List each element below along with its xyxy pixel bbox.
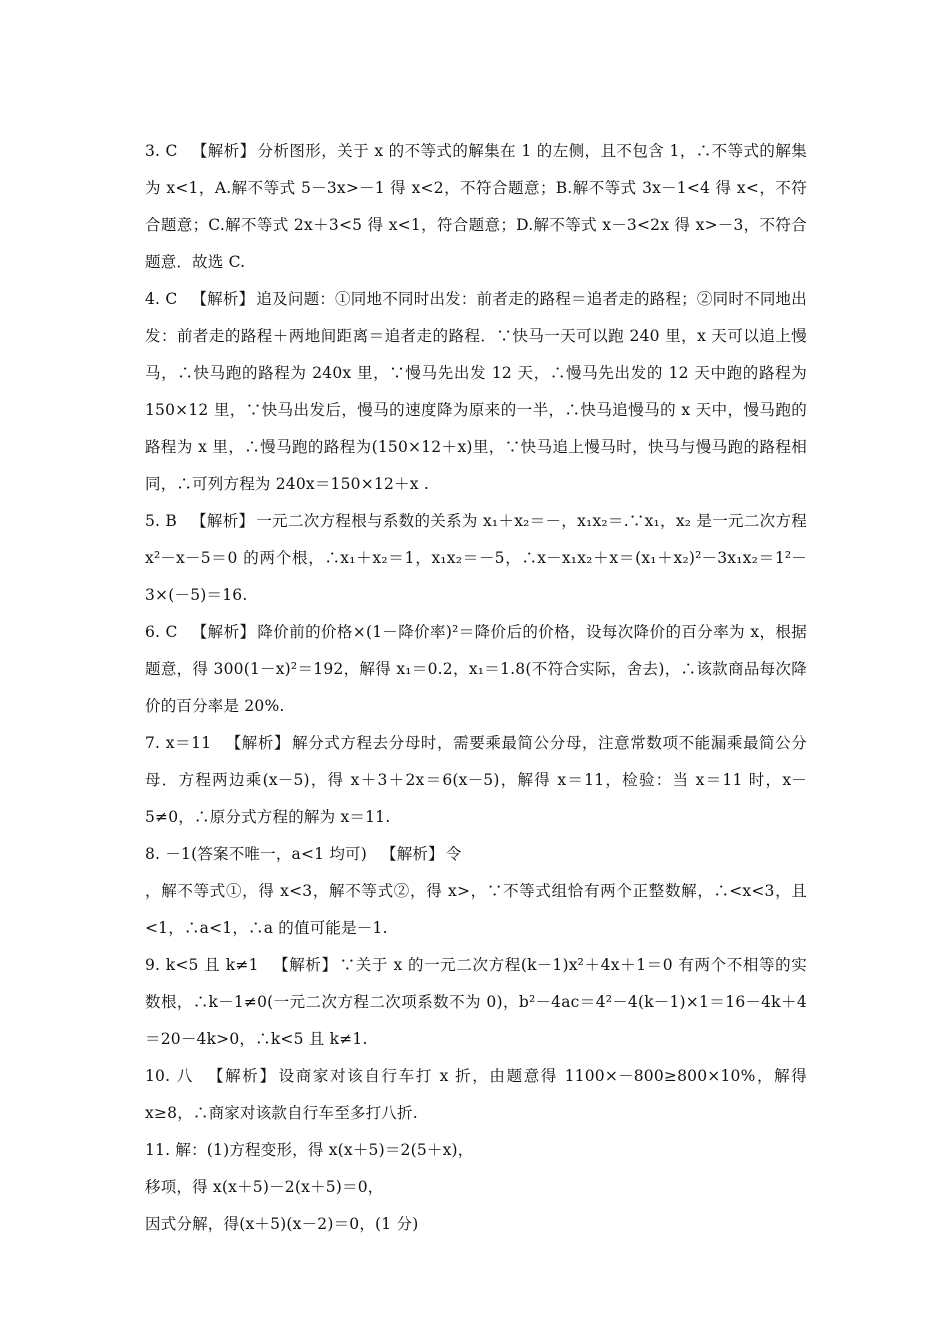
analysis-text: 追及问题：①同地不同时出发：前者走的路程＝追者走的路程；②同时不同地出发：前者走… xyxy=(145,290,807,493)
analysis-text-continuation: ，解不等式①，得 x<3，解不等式②，得 x>，∵不等式组恰有两个正整数解，∴<… xyxy=(145,882,807,937)
analysis-tag: 【解析】 xyxy=(225,734,290,752)
answer-number: 6. C xyxy=(145,623,178,641)
answer-number: 5. B xyxy=(145,512,177,530)
solution-11-line-1: 11. 解：(1)方程变形，得 x(x＋5)＝2(5＋x)， xyxy=(145,1132,807,1169)
solution-line: 移项，得 x(x＋5)－2(x＋5)＝0， xyxy=(145,1178,384,1196)
analysis-tag: 【解析】 xyxy=(191,512,254,530)
answer-number: 9. k<5 且 k≠1 xyxy=(145,956,259,974)
answer-item-9: 9. k<5 且 k≠1【解析】∵关于 x 的一元二次方程(k－1)x²＋4x＋… xyxy=(145,947,807,1058)
answer-number: 8. －1(答案不唯一，a<1 均可) xyxy=(145,845,367,863)
analysis-text: 令 xyxy=(446,845,462,863)
solution-line: 因式分解，得(x＋5)(x－2)＝0，(1 分) xyxy=(145,1215,418,1233)
answer-number: 7. x＝11 xyxy=(145,734,211,752)
solution-11-line-3: 因式分解，得(x＋5)(x－2)＝0，(1 分) xyxy=(145,1206,807,1243)
analysis-tag: 【解析】 xyxy=(192,623,256,641)
answer-item-10: 10. 八【解析】设商家对该自行车打 x 折，由题意得 1100×－800≥80… xyxy=(145,1058,807,1132)
analysis-tag: 【解析】 xyxy=(191,290,254,308)
analysis-tag: 【解析】 xyxy=(192,142,256,160)
analysis-tag: 【解析】 xyxy=(381,845,444,863)
solution-11-line-2: 移项，得 x(x＋5)－2(x＋5)＝0， xyxy=(145,1169,807,1206)
answer-item-5: 5. B【解析】一元二次方程根与系数的关系为 x₁＋x₂＝－，x₁x₂＝.∵x₁… xyxy=(145,503,807,614)
answer-item-4: 4. C【解析】追及问题：①同地不同时出发：前者走的路程＝追者走的路程；②同时不… xyxy=(145,281,807,503)
analysis-tag: 【解析】 xyxy=(273,956,338,974)
solution-number: 11. xyxy=(145,1141,170,1159)
answer-number: 3. C xyxy=(145,142,178,160)
answer-item-7: 7. x＝11【解析】解分式方程去分母时，需要乘最简公分母，注意常数项不能漏乘最… xyxy=(145,725,807,836)
answer-item-8: 8. －1(答案不唯一，a<1 均可)【解析】令 xyxy=(145,836,807,873)
solution-line: 解：(1)方程变形，得 x(x＋5)＝2(5＋x)， xyxy=(175,1141,473,1159)
analysis-tag: 【解析】 xyxy=(208,1067,277,1085)
answer-number: 10. 八 xyxy=(145,1067,194,1085)
document-page: 3. C【解析】分析图形，关于 x 的不等式的解集在 1 的左侧，且不包含 1，… xyxy=(145,133,807,1243)
answer-item-3: 3. C【解析】分析图形，关于 x 的不等式的解集在 1 的左侧，且不包含 1，… xyxy=(145,133,807,281)
answer-item-8-continuation: ，解不等式①，得 x<3，解不等式②，得 x>，∵不等式组恰有两个正整数解，∴<… xyxy=(145,873,807,947)
answer-item-6: 6. C【解析】降价前的价格×(1－降价率)²＝降价后的价格，设每次降价的百分率… xyxy=(145,614,807,725)
analysis-text: 分析图形，关于 x 的不等式的解集在 1 的左侧，且不包含 1，∴不等式的解集为… xyxy=(145,142,807,271)
answer-number: 4. C xyxy=(145,290,177,308)
